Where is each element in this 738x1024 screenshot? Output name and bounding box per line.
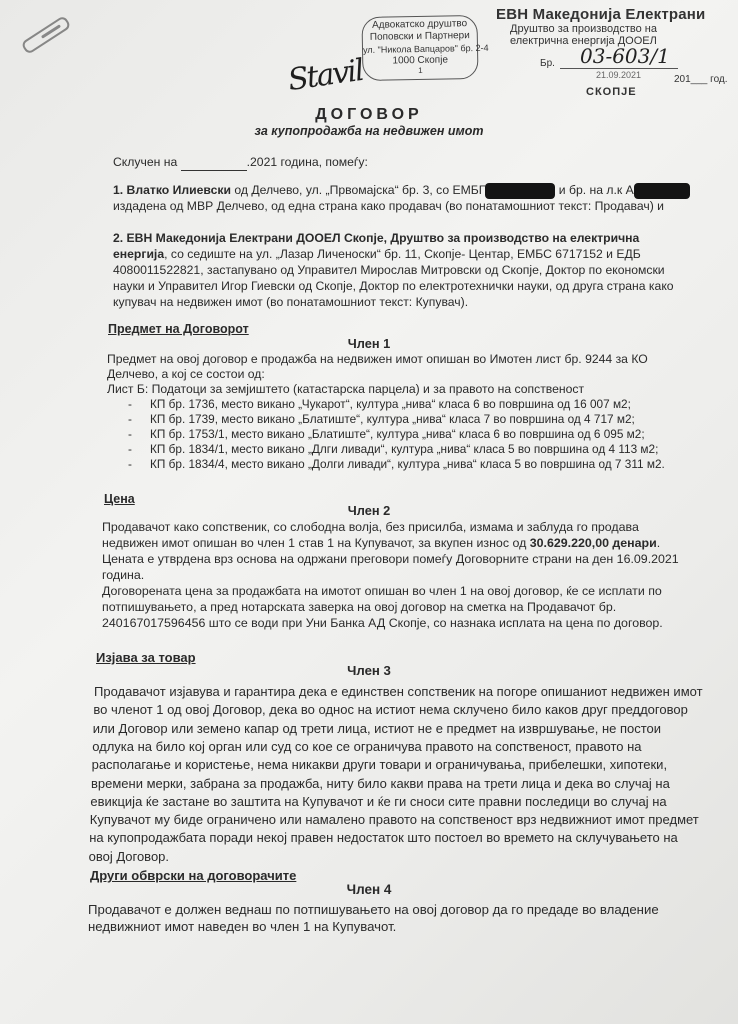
- seller-name: 1. Влатко Илиевски: [113, 183, 231, 197]
- concluded-suffix: .2021 година, помеѓу:: [247, 155, 368, 169]
- parcel-list-item: -КП бр. 1834/1, место викано „Длги ливад…: [128, 442, 658, 456]
- evn-stamp-line: Друштво за производство на: [496, 23, 732, 35]
- article-2-title: Член 2: [0, 503, 738, 518]
- section2-line3: Цената е утврдена врз основа на одржани …: [102, 551, 679, 568]
- section2-line6: потпишувањето, а пред нотарската заверка…: [102, 599, 616, 616]
- section-heading-other-obligations: Други обврски на договорачите: [90, 868, 296, 883]
- price-amount: 30.629.220,00 денари: [530, 536, 657, 550]
- parcel-text: КП бр. 1753/1, место викано „Блатиште“, …: [150, 427, 645, 441]
- section3-line: во членот 1 од овој Договор, дека во одн…: [93, 702, 687, 719]
- article-4-title: Член 4: [0, 882, 738, 897]
- party2-line3: 4080011522821, застапувано од Управител …: [113, 262, 665, 279]
- party1-line2: издадена од МВР Делчево, од една страна …: [113, 198, 664, 215]
- section1-line: Лист Б: Податоци за земјиштето (катастар…: [107, 381, 584, 398]
- handwritten-signature: Stavil: [286, 53, 365, 98]
- section3-line: располагање и користење, нема никакви др…: [92, 757, 667, 774]
- parcel-text: КП бр. 1736, место викано „Чукарот“, кул…: [150, 397, 631, 411]
- party2-line2: енергија, со седиште на ул. „Лазар Личен…: [113, 246, 641, 263]
- concluded-line: Склучен на .2021 година, помеѓу:: [113, 154, 368, 171]
- section4-line: Продавачот е должен веднаш по потпишувањ…: [88, 902, 659, 919]
- article-1-title: Член 1: [0, 336, 738, 351]
- price-text: недвижен имот опишан во член 1 став 1 на…: [102, 536, 530, 550]
- section3-line: одлука на било кој орган или суд со кое …: [92, 739, 641, 756]
- law-firm-stamp: Адвокатско друштво Поповски и Партнери у…: [361, 15, 478, 81]
- section3-line: на купопродажбата поради некој правен не…: [89, 830, 678, 847]
- section3-line: Продавачот изјавува и гарантира дека е е…: [94, 684, 703, 701]
- section-heading-subject: Предмет на Договорот: [108, 322, 249, 336]
- section2-line1: Продавачот како сопственик, со слободна …: [102, 519, 639, 536]
- stamp-line: 1: [363, 66, 477, 76]
- evn-city: СКОПЈЕ: [586, 86, 637, 98]
- date-blank: [181, 158, 247, 171]
- evn-stamp-title: ЕВН Македонија Електрани: [496, 6, 732, 23]
- section4-line: недвижниот имот наведен во член 1 на Куп…: [88, 919, 396, 936]
- party2-line5: купувач на недвижен имот (во понатамошни…: [113, 294, 468, 311]
- section3-line: или Договор или земено капар од трети ли…: [93, 721, 661, 738]
- section2-line2: недвижен имот опишан во член 1 став 1 на…: [102, 535, 660, 552]
- redacted-embg: [485, 183, 555, 199]
- redacted-id-number: [634, 183, 690, 199]
- seller-id-label: и бр. на л.к А: [555, 183, 633, 197]
- seller-address: од Делчево, ул. „Првомајска“ бр. 3, со Е…: [231, 183, 485, 197]
- document-title: ДОГОВОР: [0, 106, 738, 124]
- evn-registry-number: 03-603/1: [580, 44, 670, 68]
- party1-line1: 1. Влатко Илиевски од Делчево, ул. „Прво…: [113, 182, 690, 199]
- article-3-title: Член 3: [0, 663, 738, 678]
- section3-line: евикција ќе застане во заштита на Купува…: [90, 794, 666, 811]
- party2-bold: енергија: [113, 247, 164, 261]
- stamp-line: ул. "Никола Вапцаров" бр. 2-4: [363, 42, 477, 56]
- evn-number-underline: [560, 68, 678, 69]
- parcel-text: КП бр. 1834/1, место викано „Длги ливади…: [150, 442, 658, 456]
- evn-registry-stamp: ЕВН Македонија Електрани Друштво за прои…: [496, 6, 732, 47]
- party2-address: , со седиште на ул. „Лазар Личеноски“ бр…: [164, 247, 641, 261]
- parcel-list-item: -КП бр. 1736, место викано „Чукарот“, ку…: [128, 397, 631, 411]
- parcel-text: КП бр. 1834/4, место викано „Долги ливад…: [150, 457, 665, 471]
- evn-number-label: Бр.: [540, 58, 555, 69]
- evn-year-label: 201___ год.: [674, 74, 728, 85]
- parcel-text: КП бр. 1739, место викано „Блатиште“, ку…: [150, 412, 635, 426]
- parcel-list-item: -КП бр. 1834/4, место викано „Долги лива…: [128, 457, 665, 471]
- contract-page: Адвокатско друштво Поповски и Партнери у…: [0, 0, 738, 1024]
- evn-registry-date: 21.09.2021: [596, 70, 641, 80]
- price-end: .: [657, 536, 660, 550]
- parcel-list-item: -КП бр. 1739, место викано „Блатиште“, к…: [128, 412, 635, 426]
- section2-line4: година.: [102, 567, 144, 584]
- document-subtitle: за купопродажба на недвижен имот: [0, 124, 738, 138]
- section3-line: Купувачот му биде ограничено или намален…: [90, 812, 699, 829]
- section2-line7: 240167017596456 што се води при Уни Банк…: [102, 615, 663, 632]
- section3-line: времени мерки, забрана за продажба, ниту…: [91, 776, 670, 793]
- party2-line1: 2. ЕВН Македонија Електрани ДООЕЛ Скопје…: [113, 230, 639, 247]
- section2-line5: Договорената цена за продажбата на имото…: [102, 583, 662, 600]
- parcel-list-item: -КП бр. 1753/1, место викано „Блатиште“,…: [128, 427, 645, 441]
- concluded-prefix: Склучен на: [113, 155, 177, 169]
- party2-line4: науки и Управител Игор Гиевски од Скопје…: [113, 278, 674, 295]
- section3-line: овој Договор.: [89, 849, 169, 866]
